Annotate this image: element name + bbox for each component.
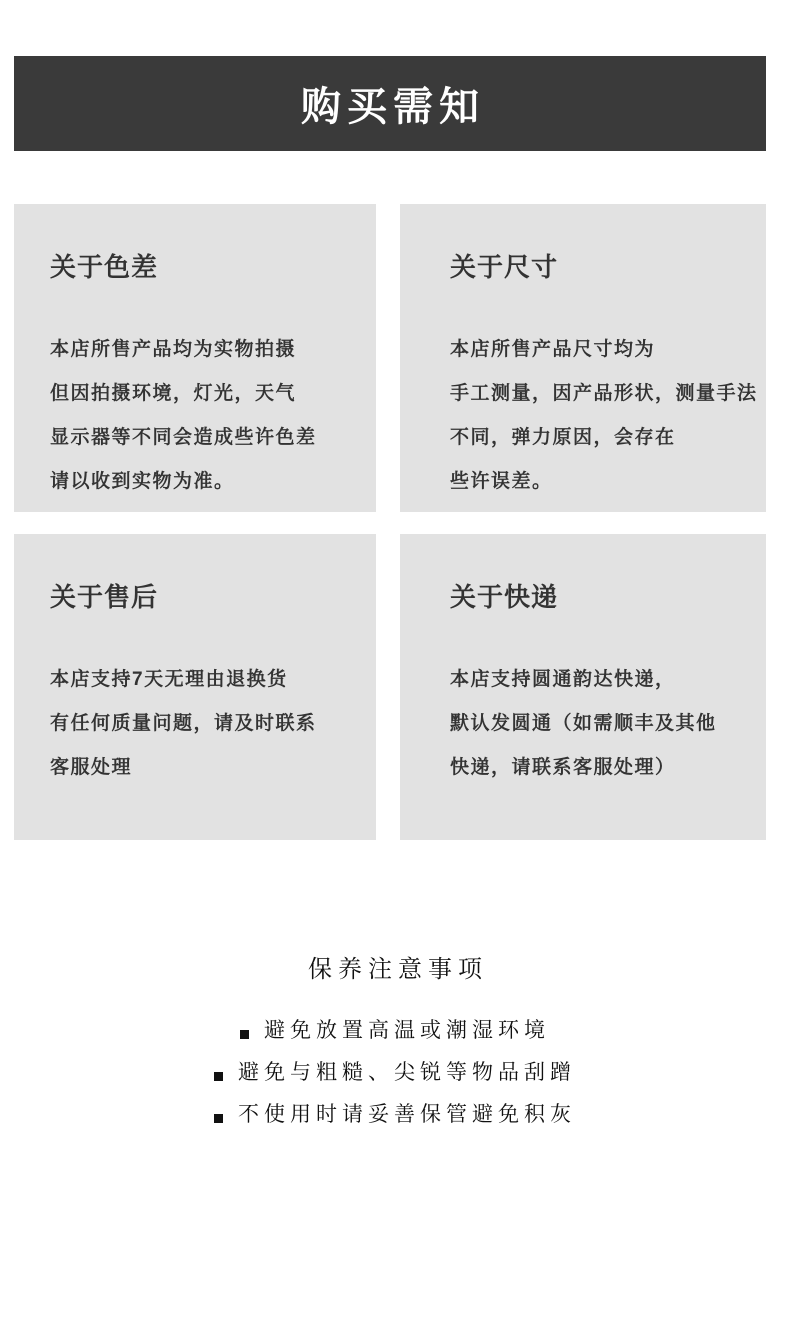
card-about-size: 关于尺寸 本店所售产品尺寸均为 手工测量，因产品形状，测量手法 不同，弹力原因，… [400, 204, 766, 512]
card-title: 关于快递 [450, 582, 766, 612]
card-text-line: 但因拍摄环境，灯光，天气 [50, 372, 360, 416]
care-instructions-section: 保养注意事项 避免放置高温或潮湿环境 避免与粗糙、尖锐等物品刮蹭 不使用时请妥善… [0, 956, 790, 1128]
card-body: 本店支持圆通韵达快递， 默认发圆通（如需顺丰及其他 快递，请联系客服处理） [450, 658, 766, 790]
care-item-text: 不使用时请妥善保管避免积灰 [238, 1102, 576, 1128]
care-title: 保养注意事项 [0, 956, 790, 984]
page-title: 购买需知 [295, 75, 485, 132]
card-text-line: 有任何质量问题，请及时联系 [50, 702, 360, 746]
care-list-item: 不使用时请妥善保管避免积灰 [214, 1102, 576, 1128]
square-bullet-icon [214, 1114, 223, 1123]
card-title: 关于售后 [50, 582, 360, 612]
card-text-line: 客服处理 [50, 746, 360, 790]
care-list-item: 避免与粗糙、尖锐等物品刮蹭 [214, 1060, 576, 1086]
banner: 购买需知 [14, 56, 766, 151]
purchase-notice-page: 购买需知 关于色差 本店所售产品均为实物拍摄 但因拍摄环境，灯光，天气 显示器等… [0, 0, 790, 1323]
care-item-text: 避免与粗糙、尖锐等物品刮蹭 [238, 1060, 576, 1086]
card-text-line: 不同，弹力原因，会存在 [450, 416, 766, 460]
card-title: 关于尺寸 [450, 252, 766, 282]
card-about-shipping: 关于快递 本店支持圆通韵达快递， 默认发圆通（如需顺丰及其他 快递，请联系客服处… [400, 534, 766, 840]
card-about-color-difference: 关于色差 本店所售产品均为实物拍摄 但因拍摄环境，灯光，天气 显示器等不同会造成… [14, 204, 376, 512]
care-list: 避免放置高温或潮湿环境 避免与粗糙、尖锐等物品刮蹭 不使用时请妥善保管避免积灰 [0, 1018, 790, 1128]
card-body: 本店支持7天无理由退换货 有任何质量问题，请及时联系 客服处理 [50, 658, 360, 790]
card-text-line: 默认发圆通（如需顺丰及其他 [450, 702, 766, 746]
card-text-line: 显示器等不同会造成些许色差 [50, 416, 360, 460]
card-text-line: 本店所售产品均为实物拍摄 [50, 328, 360, 372]
care-list-item: 避免放置高温或潮湿环境 [240, 1018, 550, 1044]
card-body: 本店所售产品尺寸均为 手工测量，因产品形状，测量手法 不同，弹力原因，会存在 些… [450, 328, 766, 504]
card-text-line: 本店支持圆通韵达快递， [450, 658, 766, 702]
card-body: 本店所售产品均为实物拍摄 但因拍摄环境，灯光，天气 显示器等不同会造成些许色差 … [50, 328, 360, 504]
card-text-line: 请以收到实物为准。 [50, 460, 360, 504]
card-text-line: 本店支持7天无理由退换货 [50, 658, 360, 702]
card-text-line: 快递，请联系客服处理） [450, 746, 766, 790]
card-text-line: 手工测量，因产品形状，测量手法 [450, 372, 766, 416]
card-text-line: 本店所售产品尺寸均为 [450, 328, 766, 372]
card-text-line: 些许误差。 [450, 460, 766, 504]
care-item-text: 避免放置高温或潮湿环境 [264, 1018, 550, 1044]
card-about-after-sales: 关于售后 本店支持7天无理由退换货 有任何质量问题，请及时联系 客服处理 [14, 534, 376, 840]
card-title: 关于色差 [50, 252, 360, 282]
square-bullet-icon [214, 1072, 223, 1081]
square-bullet-icon [240, 1030, 249, 1039]
